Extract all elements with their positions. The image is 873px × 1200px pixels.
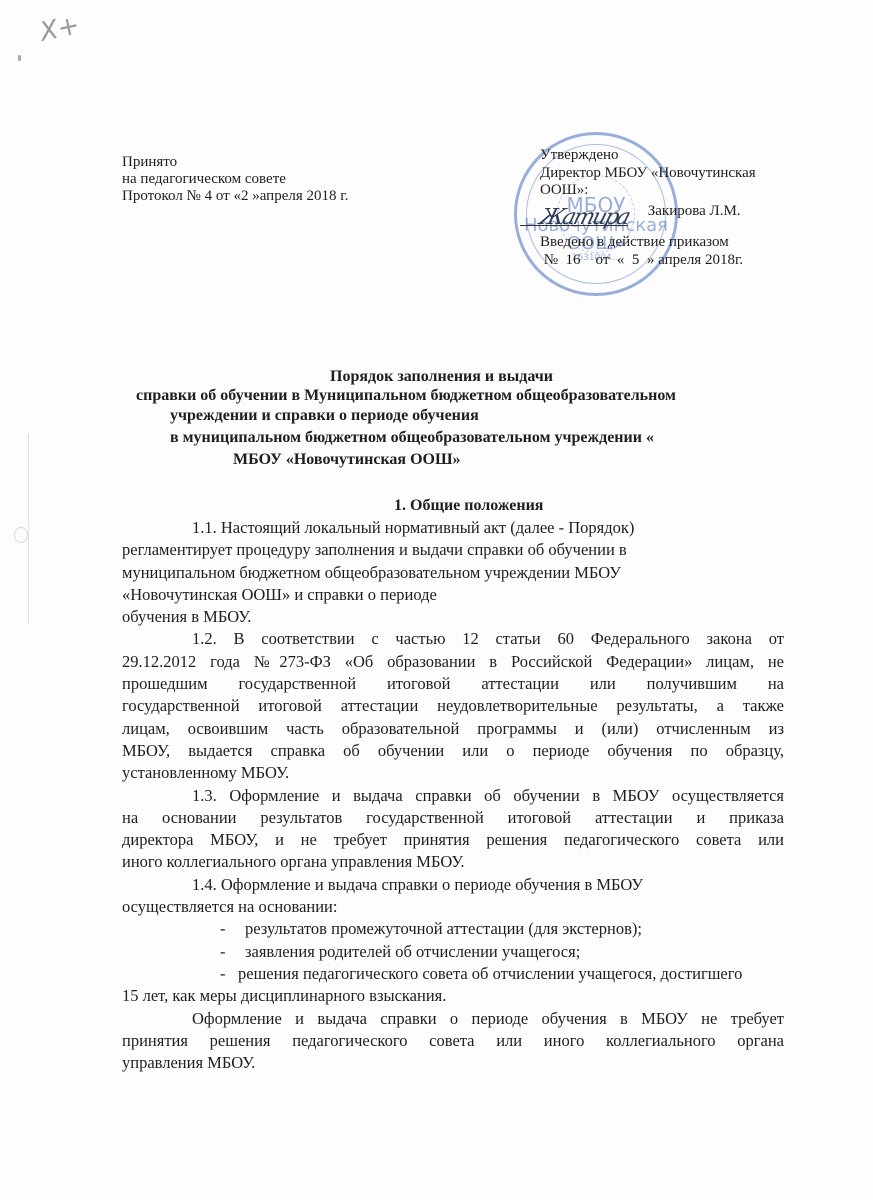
text-line: 1.4. Оформление и выдача справки о перио… (122, 874, 784, 896)
binding-loop (14, 527, 28, 543)
text-line: директора МБОУ, и не требует принятия ре… (122, 829, 784, 851)
text-line: лицам, освоившим часть образовательной п… (122, 718, 784, 740)
dash-bullet-icon: - (220, 941, 245, 963)
approved-block: Принято на педагогическом совете Протоко… (122, 154, 348, 205)
text-line: муниципальном бюджетном общеобразователь… (122, 562, 784, 584)
paragraph-final: Оформление и выдача справки о периоде об… (122, 1008, 784, 1075)
dash-bullet-icon: - (220, 918, 245, 940)
text-line: 1.2. В соответствии с частью 12 статьи 6… (122, 628, 784, 650)
text-line: на основании результатов государственной… (122, 807, 784, 829)
paragraph-1-1: 1.1. Настоящий локальный нормативный акт… (122, 517, 784, 628)
section-body: 1.1. Настоящий локальный нормативный акт… (122, 517, 784, 1074)
dash-bullet-icon: - (220, 963, 238, 985)
text-line: принятия решения педагогического совета … (122, 1030, 784, 1052)
section-heading: 1. Общие положения (394, 497, 543, 515)
paragraph-1-4: 1.4. Оформление и выдача справки о перио… (122, 874, 784, 1008)
text-line: 15 лет, как меры дисциплинарного взыскан… (122, 985, 784, 1007)
document-title: Порядок заполнения и выдачи (330, 367, 553, 386)
text-line: обучения в МБОУ. (122, 606, 784, 628)
approved-label: Принято (122, 154, 348, 171)
confirmed-block: Утверждено Директор МБОУ «Новочутинская … (540, 147, 756, 269)
director-school: ООШ»: (540, 182, 756, 200)
director-name: Закирова Л.М. (648, 203, 741, 219)
text-line: «Новочутинская ООШ» и справки о периоде (122, 584, 784, 606)
bullet-text: решения педагогического совета об отчисл… (238, 964, 742, 983)
handwritten-mark: X+ (37, 10, 82, 48)
paragraph-1-2: 1.2. В соответствии с частью 12 статьи 6… (122, 628, 784, 784)
text-line: осуществляется на основании: (122, 896, 784, 918)
document-title: учреждении и справки о периоде обучения (170, 406, 479, 425)
director-title: Директор МБОУ «Новочутинская (540, 165, 756, 183)
enacted-label: Введено в действие приказом (540, 234, 756, 252)
order-number: № 16 от « 5 » апреля 2018г. (540, 252, 756, 270)
text-line: 29.12.2012 года №273-ФЗ «Об образовании … (122, 651, 784, 673)
paragraph-1-3: 1.3. Оформление и выдача справки об обуч… (122, 785, 784, 874)
text-line: Оформление и выдача справки о периоде об… (122, 1008, 784, 1030)
bullet-item: -результатов промежуточной аттестации (д… (122, 918, 784, 940)
signature: Жатира (538, 209, 631, 227)
text-line: 1.3. Оформление и выдача справки об обуч… (122, 785, 784, 807)
text-line: 1.1. Настоящий локальный нормативный акт… (122, 517, 784, 539)
text-line: государственной итоговой аттестации неуд… (122, 695, 784, 717)
text-line: иного коллегиального органа управления М… (122, 851, 784, 873)
bullet-item: -решения педагогического совета об отчис… (122, 963, 784, 985)
text-line: прошедшим государственной итоговой аттес… (122, 673, 784, 695)
text-line: управления МБОУ. (122, 1052, 784, 1074)
bullet-text: результатов промежуточной аттестации (дл… (245, 919, 642, 938)
document-page: X+ Принято на педагогическом совете Прот… (0, 0, 873, 1200)
scan-artifact (18, 55, 21, 61)
text-line: установленному МБОУ. (122, 762, 784, 784)
approved-protocol: Протокол № 4 от «2 »апреля 2018 г. (122, 188, 348, 205)
text-line: МБОУ, выдается справка об обучении или о… (122, 740, 784, 762)
binding-line (28, 434, 29, 624)
document-title: справки об обучении в Муниципальном бюдж… (136, 386, 676, 405)
approved-council: на педагогическом совете (122, 171, 348, 188)
bullet-item: -заявления родителей об отчислении учаще… (122, 941, 784, 963)
bullet-text: заявления родителей об отчислении учащег… (245, 942, 580, 961)
document-title: МБОУ «Новочутинская ООШ» (233, 450, 461, 469)
document-title: в муниципальном бюджетном общеобразовате… (170, 428, 654, 447)
confirmed-label: Утверждено (540, 147, 756, 165)
text-line: регламентирует процедуру заполнения и вы… (122, 539, 784, 561)
